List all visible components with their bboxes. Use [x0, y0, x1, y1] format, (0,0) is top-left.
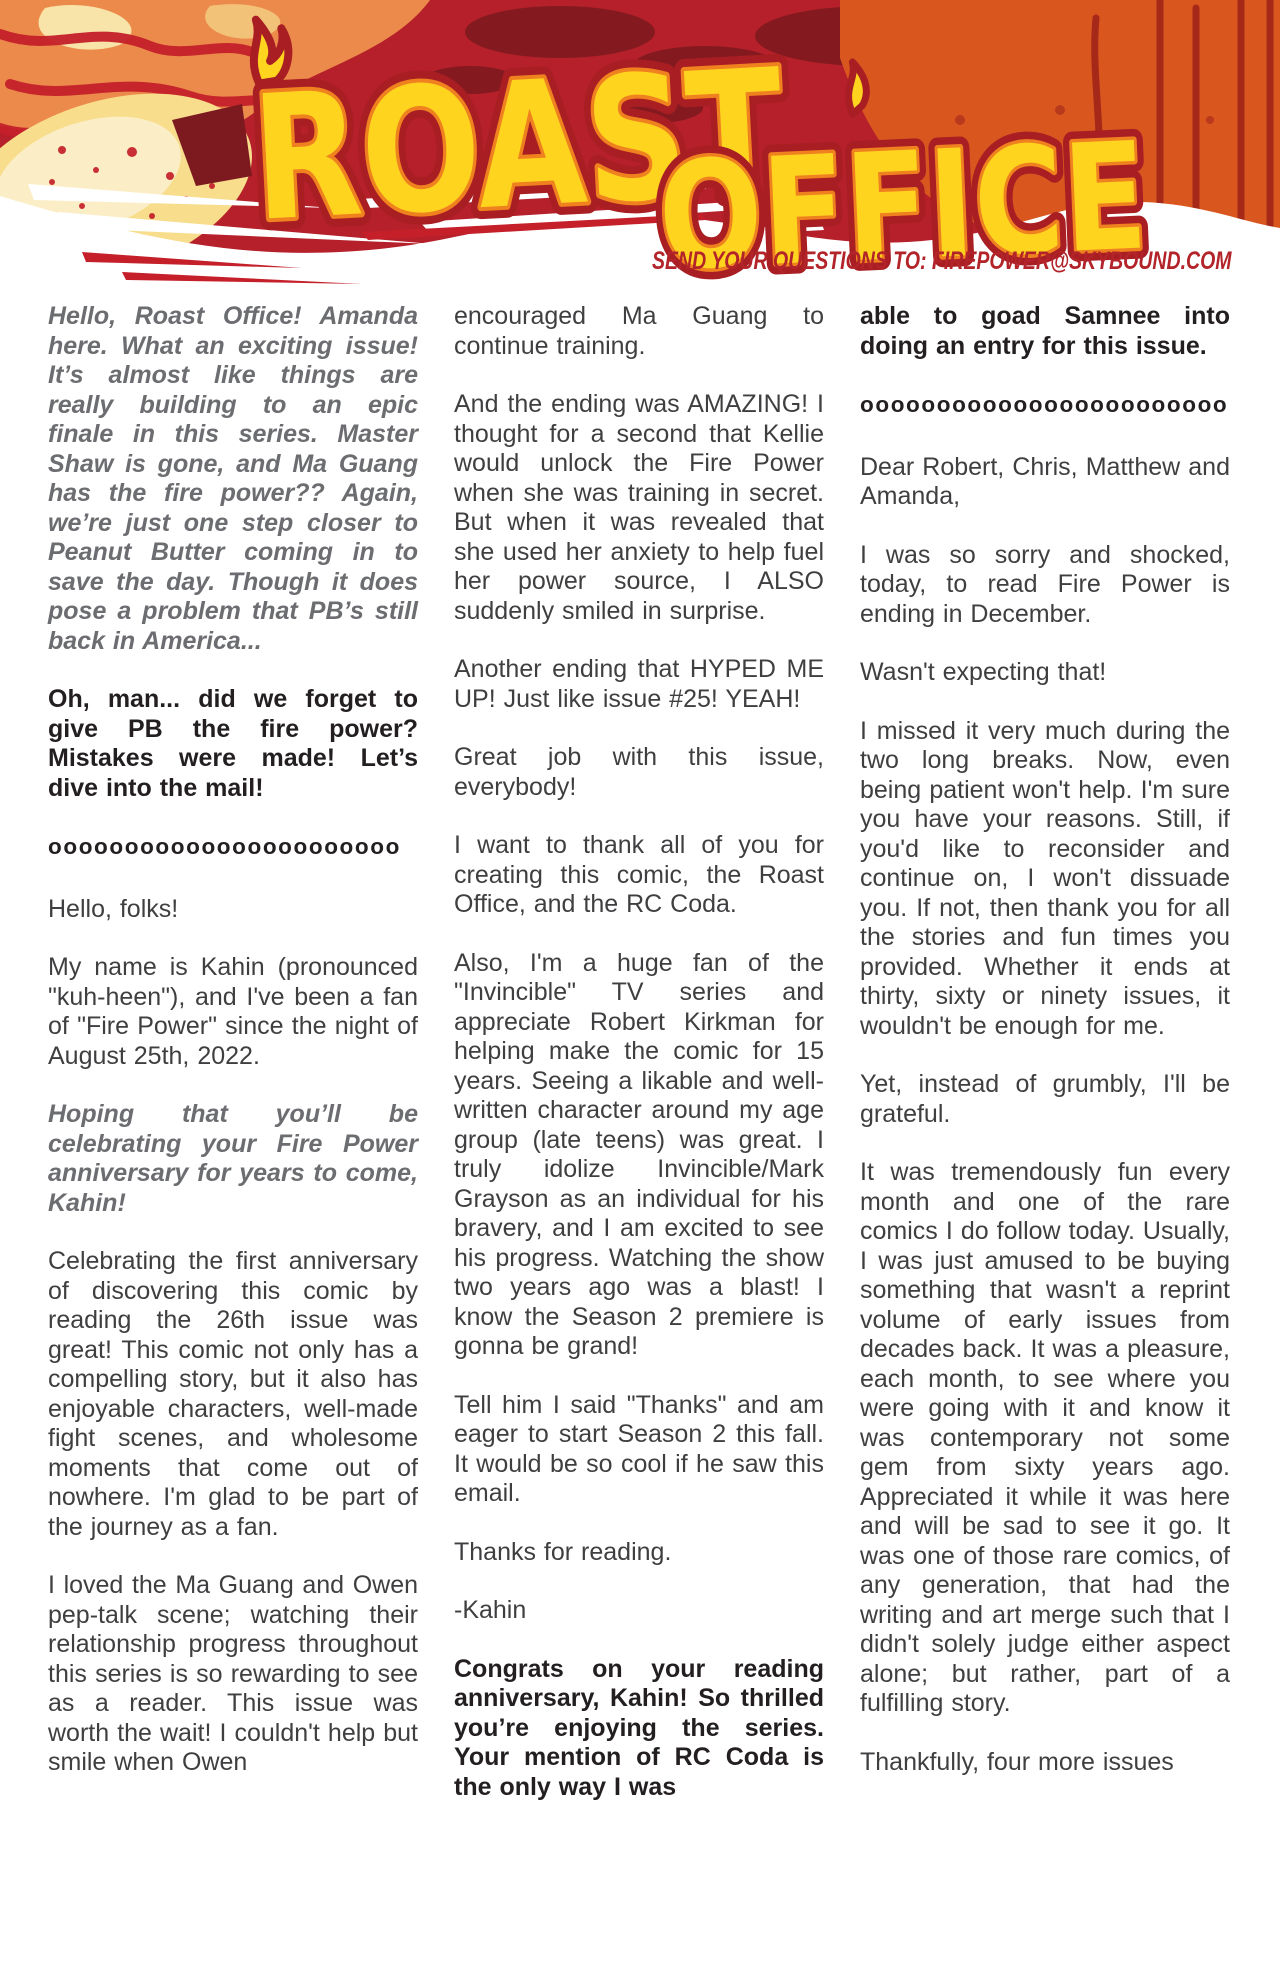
letter-paragraph: Wasn't expecting that! [860, 658, 1230, 688]
letter-paragraph: I loved the Ma Guang and Owen pep-talk s… [48, 1571, 418, 1778]
editor-reply: Congrats on your reading anniversary, Ka… [454, 1655, 824, 1803]
section-divider: oooooooooooooooooooooooo [860, 390, 1230, 420]
contact-line: SEND YOUR QUESTIONS TO: FIREPOWER@SKYBOU… [652, 247, 1232, 276]
page-header: ROAST ROAST OFFICE OFFICE SEND YOUR QUES… [0, 0, 1280, 290]
editor-note: Hello, Roast Office! Amanda here. What a… [48, 302, 418, 656]
letter-paragraph: Great job with this issue, everybody! [454, 743, 824, 802]
letter-paragraph: Dear Robert, Chris, Matthew and Amanda, [860, 453, 1230, 512]
letter-paragraph: It was tremendously fun every month and … [860, 1158, 1230, 1719]
text-column-3: able to goad Samnee into doing an entry … [860, 302, 1230, 1831]
letter-paragraph: I missed it very much during the two lon… [860, 717, 1230, 1042]
editor-note: Hoping that you’ll be celebrating your F… [48, 1100, 418, 1218]
text-column-2: encouraged Ma Guang to continue training… [454, 302, 824, 1831]
editor-reply: able to goad Samnee into doing an entry … [860, 302, 1230, 361]
letter-paragraph: Celebrating the first anniversary of dis… [48, 1247, 418, 1542]
letter-paragraph: And the ending was AMAZING! I thought fo… [454, 390, 824, 626]
editor-reply: Oh, man... did we forget to give PB the … [48, 685, 418, 803]
letter-paragraph: Tell him I said "Thanks" and am eager to… [454, 1391, 824, 1509]
text-column-1: Hello, Roast Office! Amanda here. What a… [48, 302, 418, 1831]
letter-paragraph: Thanks for reading. [454, 1538, 824, 1568]
letter-paragraph: encouraged Ma Guang to continue training… [454, 302, 824, 361]
letter-paragraph: Also, I'm a huge fan of the "Invincible"… [454, 949, 824, 1362]
letter-paragraph: Another ending that HYPED ME UP! Just li… [454, 655, 824, 714]
letters-page: ROAST ROAST OFFICE OFFICE SEND YOUR QUES… [0, 0, 1280, 1968]
letter-paragraph: -Kahin [454, 1596, 824, 1626]
letter-paragraph: Yet, instead of grumbly, I'll be gratefu… [860, 1070, 1230, 1129]
letter-paragraph: Hello, folks! [48, 895, 418, 925]
letter-paragraph: I want to thank all of you for creating … [454, 831, 824, 920]
section-divider: ooooooooooooooooooooooo [48, 832, 418, 862]
letter-paragraph: My name is Kahin (pronounced "kuh-heen")… [48, 953, 418, 1071]
letter-paragraph: I was so sorry and shocked, today, to re… [860, 541, 1230, 630]
letters-columns: Hello, Roast Office! Amanda here. What a… [0, 290, 1280, 1831]
letter-paragraph: Thankfully, four more issues [860, 1748, 1230, 1778]
